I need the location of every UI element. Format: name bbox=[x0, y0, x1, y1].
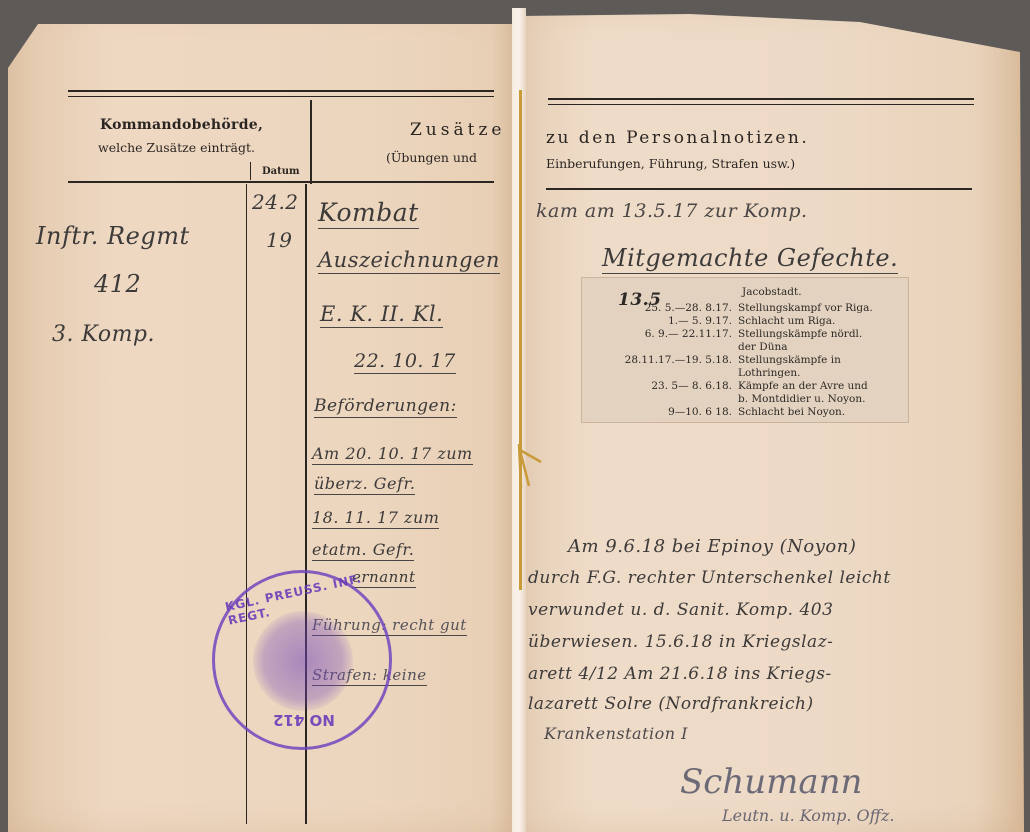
kommando-line-2: 412 bbox=[94, 270, 141, 298]
thread-knot-icon bbox=[505, 440, 545, 490]
officer-signature: Schumann bbox=[680, 762, 862, 802]
kommando-header-subtitle: welche Zusätze einträgt. bbox=[98, 140, 255, 155]
battles-clipping: Jacobstadt. 13.5 25. 5.—28. 8.17. Stellu… bbox=[582, 278, 908, 422]
binding-thread bbox=[519, 90, 522, 590]
right-header-rule-top bbox=[548, 98, 974, 100]
zusatz-line-9: etatm. Gefr. bbox=[312, 540, 414, 561]
narrative-line-6: lazarett Solre (Nordfrankreich) bbox=[528, 694, 814, 714]
zusatz-line-7: überz. Gefr. bbox=[314, 474, 415, 495]
zusatz-line-2: Auszeichnungen bbox=[318, 248, 500, 274]
left-header-rule-top bbox=[68, 90, 494, 92]
zusaetze-header-subtitle: (Übungen und bbox=[386, 150, 477, 165]
datum-line-1: 24.2 bbox=[252, 190, 299, 214]
zusaetze-header-title: Zusätze bbox=[410, 120, 505, 140]
battles-heading: Mitgemachte Gefechte. bbox=[602, 244, 898, 274]
arrival-note: kam am 13.5.17 zur Komp. bbox=[536, 200, 808, 222]
narrative-line-3: verwundet u. d. Sanit. Komp. 403 bbox=[528, 600, 833, 620]
narrative-line-1: Am 9.6.18 bei Epinoy (Noyon) bbox=[568, 536, 856, 557]
personalnotizen-header-title: zu den Personalnotizen. bbox=[546, 128, 809, 148]
datum-header-label: Datum bbox=[262, 166, 300, 177]
right-header-rule-bottom bbox=[546, 188, 972, 190]
zusatz-line-8: 18. 11. 17 zum bbox=[312, 508, 439, 529]
zusatz-line-6: Am 20. 10. 17 zum bbox=[312, 444, 473, 465]
zusatz-line-5: Beförderungen: bbox=[314, 396, 457, 418]
narrative-line-2: durch F.G. rechter Unterschenkel leicht bbox=[528, 568, 891, 588]
stamp-text-bottom: NO 412 bbox=[273, 711, 335, 729]
zusatz-line-1: Kombat bbox=[318, 198, 419, 229]
zusatz-line-4: 22. 10. 17 bbox=[354, 350, 456, 374]
kommando-header-title: Kommandobehörde, bbox=[100, 117, 263, 133]
officer-title: Leutn. u. Komp. Offz. bbox=[722, 806, 895, 825]
left-header-rule-top2 bbox=[68, 96, 494, 97]
narrative-line-7: Krankenstation I bbox=[544, 724, 688, 743]
narrative-line-5: arett 4/12 Am 21.6.18 ins Kriegs- bbox=[528, 664, 832, 684]
left-header-divider bbox=[310, 100, 312, 184]
regiment-stamp: KGL. PREUSS. INF. REGT. NO 412 bbox=[212, 570, 392, 750]
datum-line-2: 19 bbox=[266, 228, 292, 252]
personalnotizen-header-subtitle: Einberufungen, Führung, Strafen usw.) bbox=[546, 156, 795, 171]
narrative-line-4: überwiesen. 15.6.18 in Kriegslaz- bbox=[528, 632, 833, 652]
clipping-header: Jacobstadt. bbox=[742, 286, 802, 298]
left-header-rule-bottom bbox=[68, 181, 494, 183]
kommando-line-1: Inftr. Regmt bbox=[36, 222, 190, 250]
stamp-eagle-emblem-icon bbox=[253, 611, 353, 711]
kommando-line-3: 3. Komp. bbox=[52, 322, 155, 347]
datum-header-divider bbox=[250, 162, 251, 180]
zusatz-line-3: E. K. II. Kl. bbox=[320, 302, 443, 328]
right-header-rule-top2 bbox=[548, 104, 974, 105]
